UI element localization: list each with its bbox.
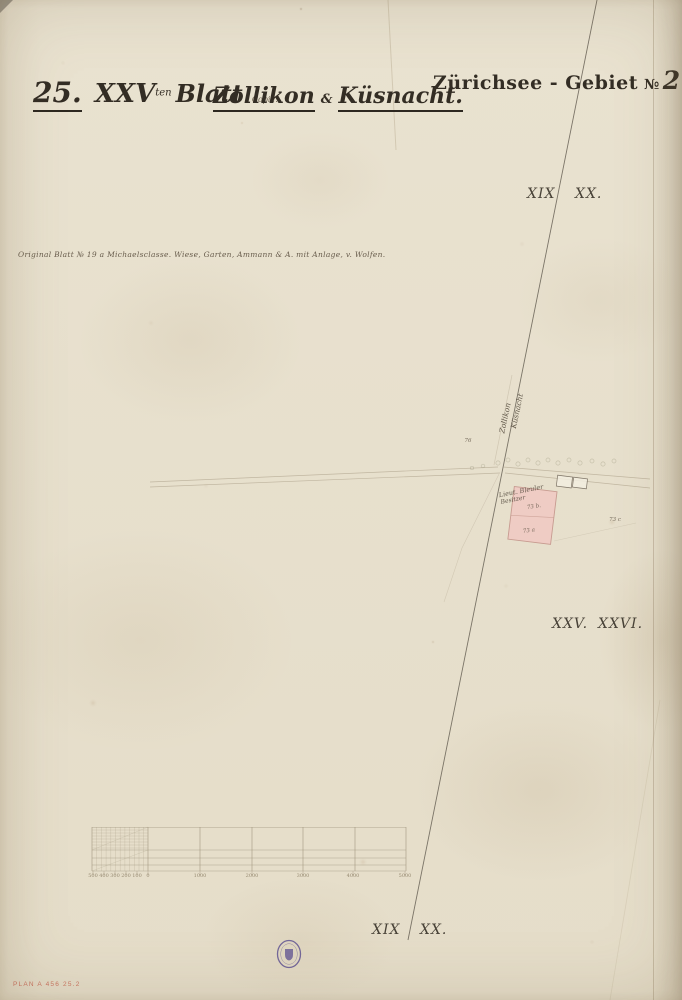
map-label: 76 — [465, 438, 472, 444]
scale-tick-label: 1000 — [194, 873, 207, 879]
map-label: Zollikon — [497, 402, 512, 434]
region-name: Zürichsee - Gebiet — [433, 72, 638, 94]
scale-tick-label: 0 — [146, 873, 149, 879]
map-label: 73 a — [523, 527, 536, 535]
scale-tick-label: 500 — [88, 873, 98, 879]
stamp-shield-icon — [285, 949, 293, 961]
boundary-line — [408, 0, 598, 940]
map-linework — [0, 0, 682, 1000]
scale-bar — [92, 827, 406, 875]
tree-symbols — [470, 458, 616, 470]
scale-tick-label: 2000 — [246, 873, 259, 879]
place-names-title: Zollikon&Küsnacht. — [213, 83, 463, 109]
sheet-ordinal: ten — [155, 88, 171, 99]
paper-creases — [388, 0, 660, 1000]
sheet-index-bottom-left: XIX — [372, 922, 400, 938]
sheet-roman: XXV — [95, 79, 156, 109]
paper-edge-shadow — [652, 0, 682, 1000]
building-outlines — [508, 475, 588, 544]
building-pink — [508, 487, 557, 545]
scale-tick-label: 4000 — [347, 873, 360, 879]
scale-tick-label: 200 — [121, 873, 131, 879]
map-sheet: 25.XXVtenBlatt. Copie. Zollikon&Küsnacht… — [0, 0, 682, 1000]
sheet-number: 25. — [33, 76, 82, 112]
region-title: Zürichsee - Gebiet№2. — [433, 66, 682, 95]
archive-signature: PLAN A 456 25.2 — [13, 981, 81, 988]
building-white-2 — [572, 477, 587, 489]
map-labels-layer: KüsnachtZollikonLieut. BleulerBesitzer73… — [0, 0, 682, 1000]
foxing-spots — [0, 0, 2, 2]
map-label: Lieut. Bleuler — [498, 483, 544, 499]
sheet-index-bottom-right: XX. — [420, 922, 447, 938]
map-label: Küsnacht — [509, 393, 525, 430]
corner-damage-mark — [0, 0, 13, 13]
scale-tick-label: 3000 — [297, 873, 310, 879]
archive-stamp — [278, 941, 301, 968]
map-label: Besitzer — [500, 494, 526, 506]
road-lines — [150, 375, 650, 602]
map-label: 73 c — [609, 517, 621, 523]
sheet-index-mid-right: XXVI. — [598, 616, 643, 632]
scale-tick-label: 5000 — [399, 873, 412, 879]
scale-tick-label: 400 — [99, 873, 109, 879]
sheet-index-top-left: XIX — [527, 186, 555, 202]
sheet-index-mid-left: XXV. — [552, 616, 588, 632]
place-first: Zollikon — [213, 83, 315, 112]
scale-tick-label: 300 — [110, 873, 120, 879]
inventory-annotation: Original Blatt № 19 a Michaelsclasse. Wi… — [18, 250, 388, 259]
building-white-1 — [556, 475, 572, 488]
scale-tick-label: 100 — [132, 873, 142, 879]
sheet-index-top-right: XX. — [575, 186, 602, 202]
scale-labels-layer: 500400300200100010002000300040005000 — [0, 872, 682, 882]
map-label: 73 b. — [527, 503, 542, 511]
ampersand: & — [321, 92, 333, 107]
